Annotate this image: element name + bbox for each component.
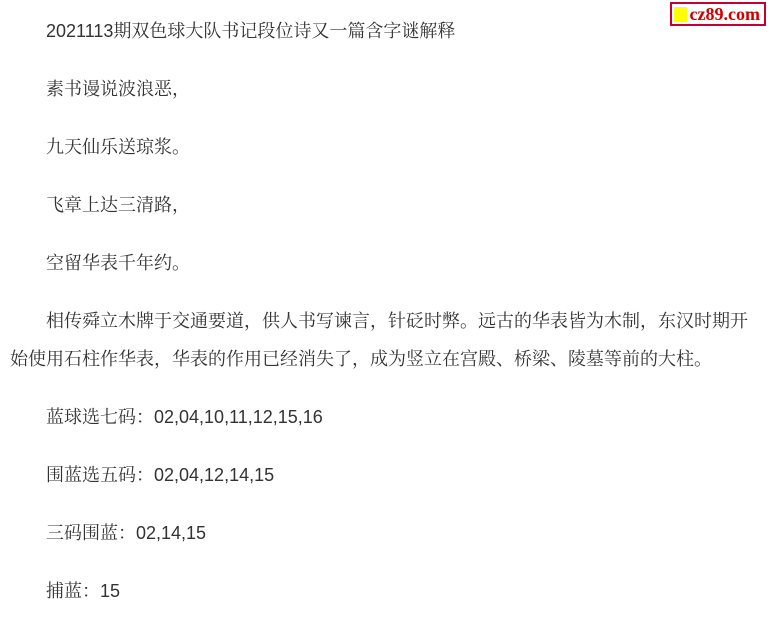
logo-yellow-square-icon [674,7,687,22]
article: 2021113期双色球大队书记段位诗又一篇含字谜解释 素书谩说波浪恶，九天仙乐送… [0,0,769,610]
paragraph: 蓝球选七码：02,04,10,11,12,15,16 [10,398,761,436]
paragraph: 捕蓝：15 [10,572,761,610]
site-logo[interactable]: cz89.com [670,2,766,26]
paragraph: 三码围蓝：02,14,15 [10,514,761,552]
paragraph: 相传舜立木牌于交通要道，供人书写谏言，针砭时弊。远古的华表皆为木制，东汉时期开始… [10,302,761,378]
page-title: 2021113期双色球大队书记段位诗又一篇含字谜解释 [10,12,761,50]
paragraph: 素书谩说波浪恶， [10,70,761,108]
paragraph-list: 素书谩说波浪恶，九天仙乐送琼浆。飞章上达三清路，空留华表千年约。相传舜立木牌于交… [10,70,761,610]
paragraph: 空留华表千年约。 [10,244,761,282]
paragraph: 九天仙乐送琼浆。 [10,128,761,166]
paragraph: 飞章上达三清路， [10,186,761,224]
logo-text: cz89.com [690,4,760,24]
paragraph: 围蓝选五码：02,04,12,14,15 [10,456,761,494]
